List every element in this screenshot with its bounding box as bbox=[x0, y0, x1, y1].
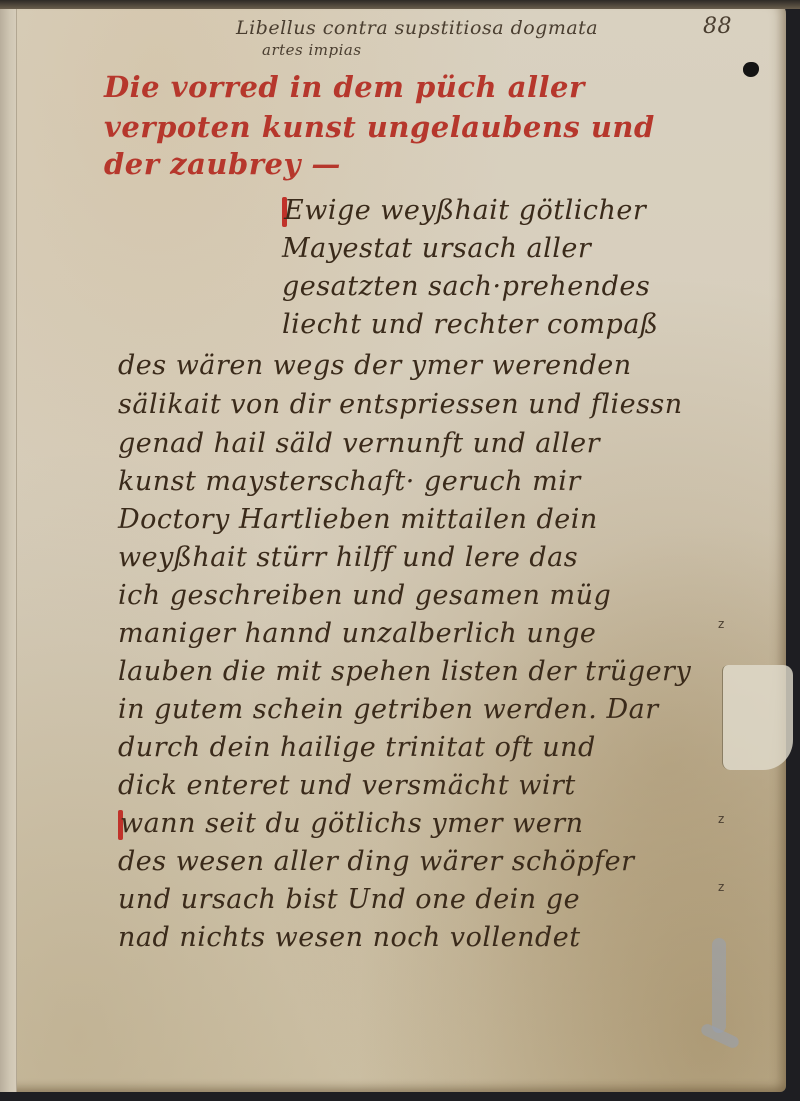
rubric-heading-line1: Die vorred in dem püch aller bbox=[104, 70, 585, 104]
manuscript-page: Libellus contra supstitiosa dogmata arte… bbox=[0, 0, 786, 1092]
parchment-hole bbox=[743, 62, 759, 77]
rubric-heading-line2: verpoten kunst ungelaubens und bbox=[104, 110, 655, 144]
margin-mark: z bbox=[718, 812, 724, 826]
body-line-2: Mayestat ursach aller bbox=[282, 233, 591, 264]
body-line-11: ich geschreiben und gesamen müg bbox=[118, 580, 611, 611]
margin-mark: z bbox=[718, 880, 724, 894]
body-line-5: des wären wegs der ymer werenden bbox=[118, 350, 632, 381]
body-line-3: gesatzten sach·prehendes bbox=[282, 271, 650, 302]
margin-note-line1: Libellus contra supstitiosa dogmata bbox=[236, 17, 598, 39]
body-line-4: liecht und rechter compaß bbox=[282, 309, 658, 340]
parchment-repair-patch bbox=[722, 665, 793, 770]
water-stain bbox=[712, 938, 726, 1033]
margin-mark: z bbox=[718, 617, 724, 631]
page-gutter bbox=[0, 0, 17, 1092]
body-line-13: lauben die mit spehen listen der trügery bbox=[118, 656, 691, 687]
body-line-15: durch dein hailige trinitat oft und bbox=[118, 732, 596, 763]
body-line-9: Doctory Hartlieben mittailen dein bbox=[118, 504, 598, 535]
body-line-19: und ursach bist Und one dein ge bbox=[118, 884, 580, 915]
body-line-16: dick enteret und versmächt wirt bbox=[118, 770, 576, 801]
body-line-8: kunst maysterschaft· geruch mir bbox=[118, 466, 581, 497]
page-top-edge bbox=[0, 0, 800, 9]
body-line-12: maniger hannd unzalberlich unge bbox=[118, 618, 596, 649]
rubric-heading-line3: der zaubrey — bbox=[104, 147, 341, 181]
margin-note-line2: artes impias bbox=[262, 41, 362, 59]
body-line-18: des wesen aller ding wärer schöpfer bbox=[118, 846, 634, 877]
folio-number: 88 bbox=[703, 14, 732, 39]
body-line-14: in gutem schein getriben werden. Dar bbox=[118, 694, 659, 725]
body-line-20: nad nichts wesen noch vollendet bbox=[118, 922, 581, 953]
body-line-7: genad hail säld vernunft und aller bbox=[118, 428, 600, 459]
body-line-1: Ewige weyßhait götlicher bbox=[282, 195, 646, 227]
body-line-17: wann seit du götlichs ymer wern bbox=[118, 808, 584, 840]
body-line-6: sälikait von dir entspriessen und fliess… bbox=[118, 389, 683, 420]
body-line-10: weyßhait stürr hilff und lere das bbox=[118, 542, 578, 573]
